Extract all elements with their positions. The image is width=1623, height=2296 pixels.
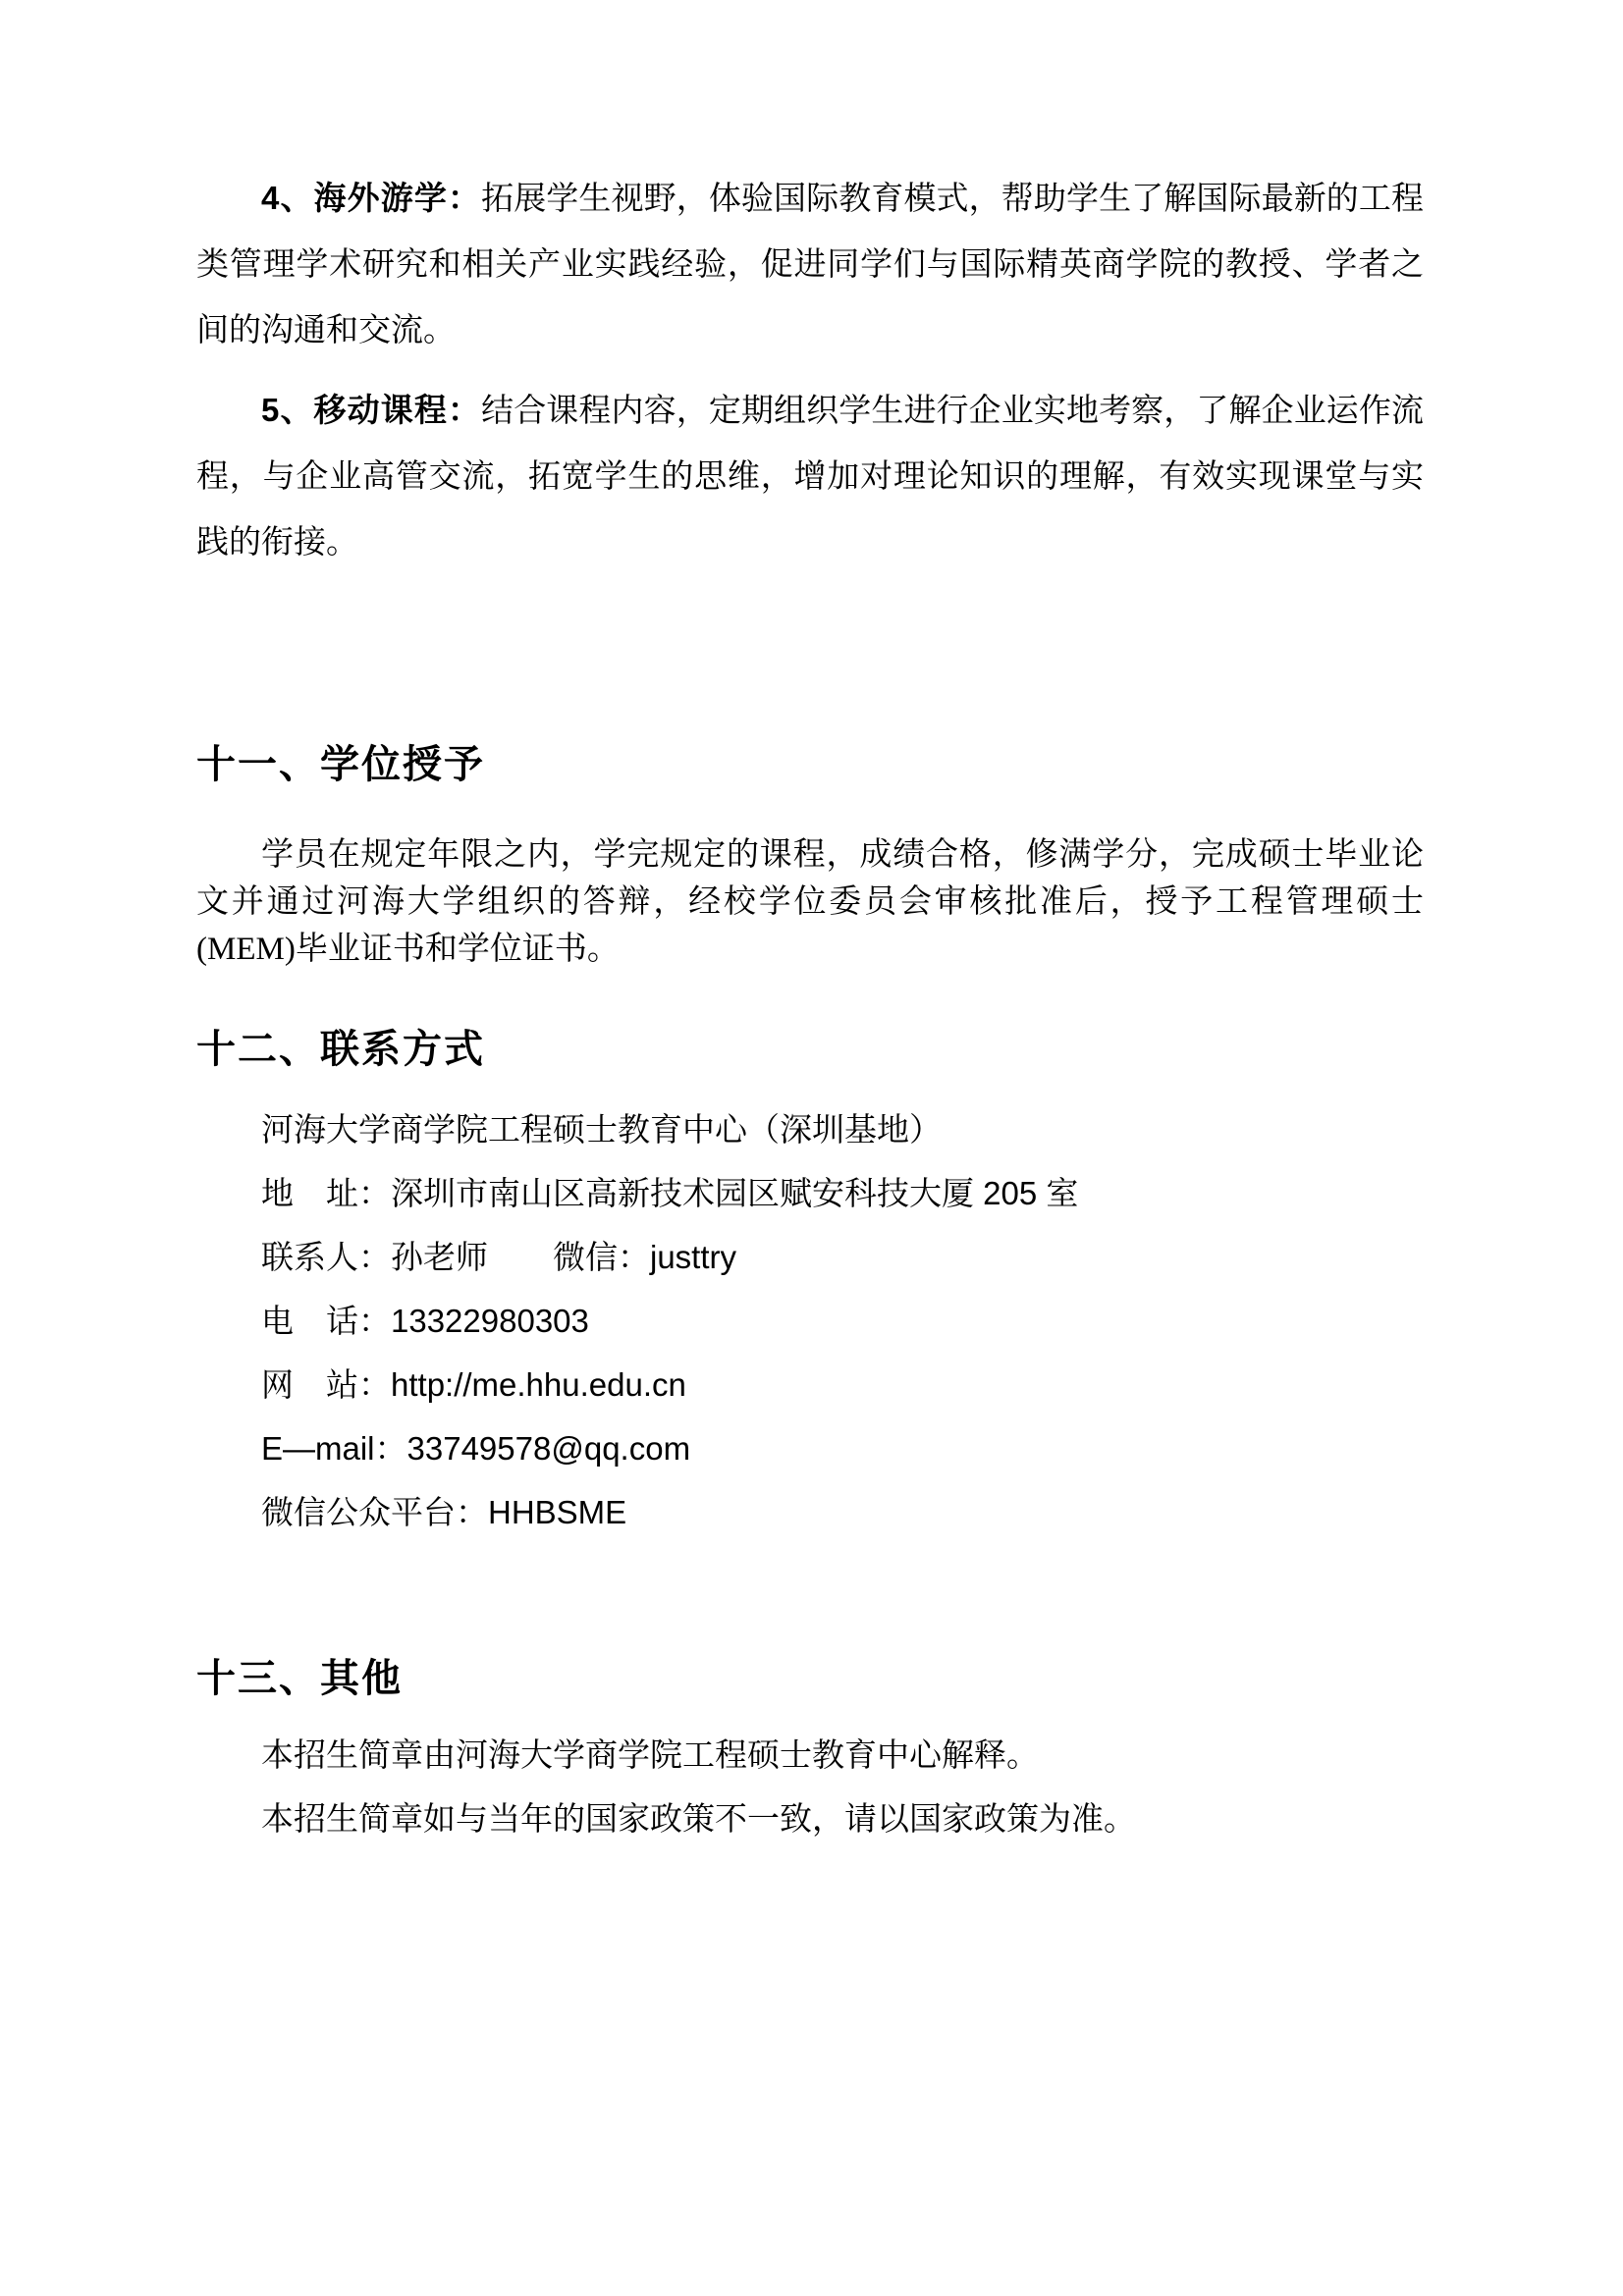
heading-contact-info: 十二、联系方式 (196, 1026, 1424, 1073)
other-interpretation-line: 本招生简章由河海大学商学院工程硕士教育中心解释。 (261, 1725, 1424, 1789)
contact-address: 地 址：深圳市南山区高新技术园区赋安科技大厦 205 室 (261, 1161, 1424, 1225)
paragraph-overseas-study-label: 4、海外游学： (261, 180, 481, 216)
other-policy-line: 本招生简章如与当年的国家政策不一致，请以国家政策为准。 (261, 1789, 1424, 1852)
contact-info-block: 河海大学商学院工程硕士教育中心（深圳基地） 地 址：深圳市南山区高新技术园区赋安… (196, 1097, 1424, 1544)
paragraph-mobile-course: 5、移动课程：结合课程内容，定期组织学生进行企业实地考察，了解企业运作流程，与企… (196, 377, 1424, 576)
paragraph-mobile-course-label: 5、移动课程： (261, 392, 481, 428)
contact-wechat-public: 微信公众平台：HHBSME (261, 1480, 1424, 1544)
paragraph-degree-award: 学员在规定年限之内，学完规定的课程，成绩合格，修满学分，完成硕士毕业论文并通过河… (196, 831, 1424, 973)
heading-other: 十三、其他 (196, 1655, 1424, 1702)
heading-degree-award: 十一、学位授予 (196, 741, 1424, 788)
other-block: 本招生简章由河海大学商学院工程硕士教育中心解释。 本招生简章如与当年的国家政策不… (196, 1725, 1424, 1852)
contact-email: E—mail：33749578@qq.com (261, 1416, 1424, 1480)
contact-website: 网 站：http://me.hhu.edu.cn (261, 1353, 1424, 1416)
paragraph-overseas-study: 4、海外游学：拓展学生视野，体验国际教育模式，帮助学生了解国际最新的工程类管理学… (196, 165, 1424, 364)
contact-person-wechat: 联系人：孙老师 微信：justtry (261, 1225, 1424, 1289)
contact-phone: 电 话：13322980303 (261, 1289, 1424, 1353)
document-page: 4、海外游学：拓展学生视野，体验国际教育模式，帮助学生了解国际最新的工程类管理学… (0, 0, 1623, 2296)
contact-center-name: 河海大学商学院工程硕士教育中心（深圳基地） (261, 1097, 1424, 1161)
